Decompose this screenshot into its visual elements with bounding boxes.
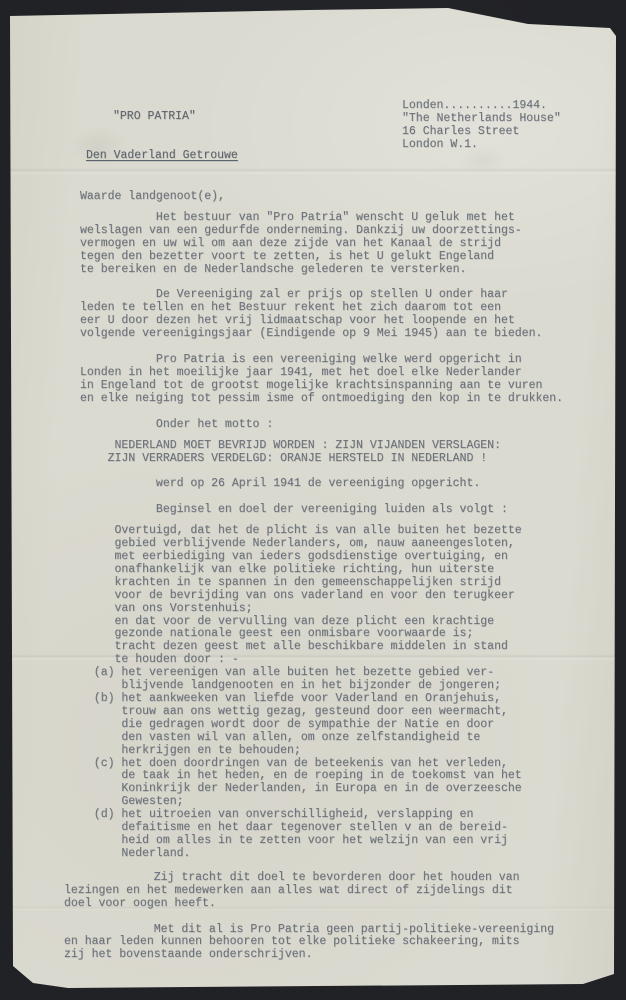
paragraph-membership: De Vereeniging zal er prijs op stellen U… <box>80 289 570 341</box>
paragraph-congrats: Het bestuur van "Pro Patria" wenscht U g… <box>80 212 570 277</box>
letter-body: Waarde landgenoot(e), Het bestuur van "P… <box>80 191 570 962</box>
paragraph-activities: Zij tracht dit doel te bevorderen door h… <box>64 872 570 911</box>
motto-intro: Onder het motto : <box>80 419 570 432</box>
principle-intro: Beginsel en doel der vereeniging luiden … <box>80 504 570 517</box>
org-name: "PRO PATRIA" <box>86 111 238 124</box>
paragraph-nonpolitical: Met dit al is Pro Patria geen partij-pol… <box>64 924 570 963</box>
founded-date-line: werd op 26 April 1941 de vereeniging opg… <box>80 478 570 491</box>
principle-statement: Overtuigd, dat het de plicht is van alle… <box>80 525 570 667</box>
aims-list: (a) het vereenigen van alle buiten het b… <box>80 667 570 861</box>
motto: NEDERLAND MOET BEVRIJD WORDEN : ZIJN VIJ… <box>80 440 570 466</box>
letterhead-org: "PRO PATRIA" Den Vaderland Getrouwe <box>86 85 238 175</box>
letterhead-address: Londen..........1944. "The Netherlands H… <box>402 100 561 152</box>
salutation: Waarde landgenoot(e), <box>80 191 570 204</box>
paragraph-founded: Pro Patria is een vereeniging welke werd… <box>80 354 570 406</box>
org-subtitle: Den Vaderland Getrouwe <box>86 150 238 163</box>
